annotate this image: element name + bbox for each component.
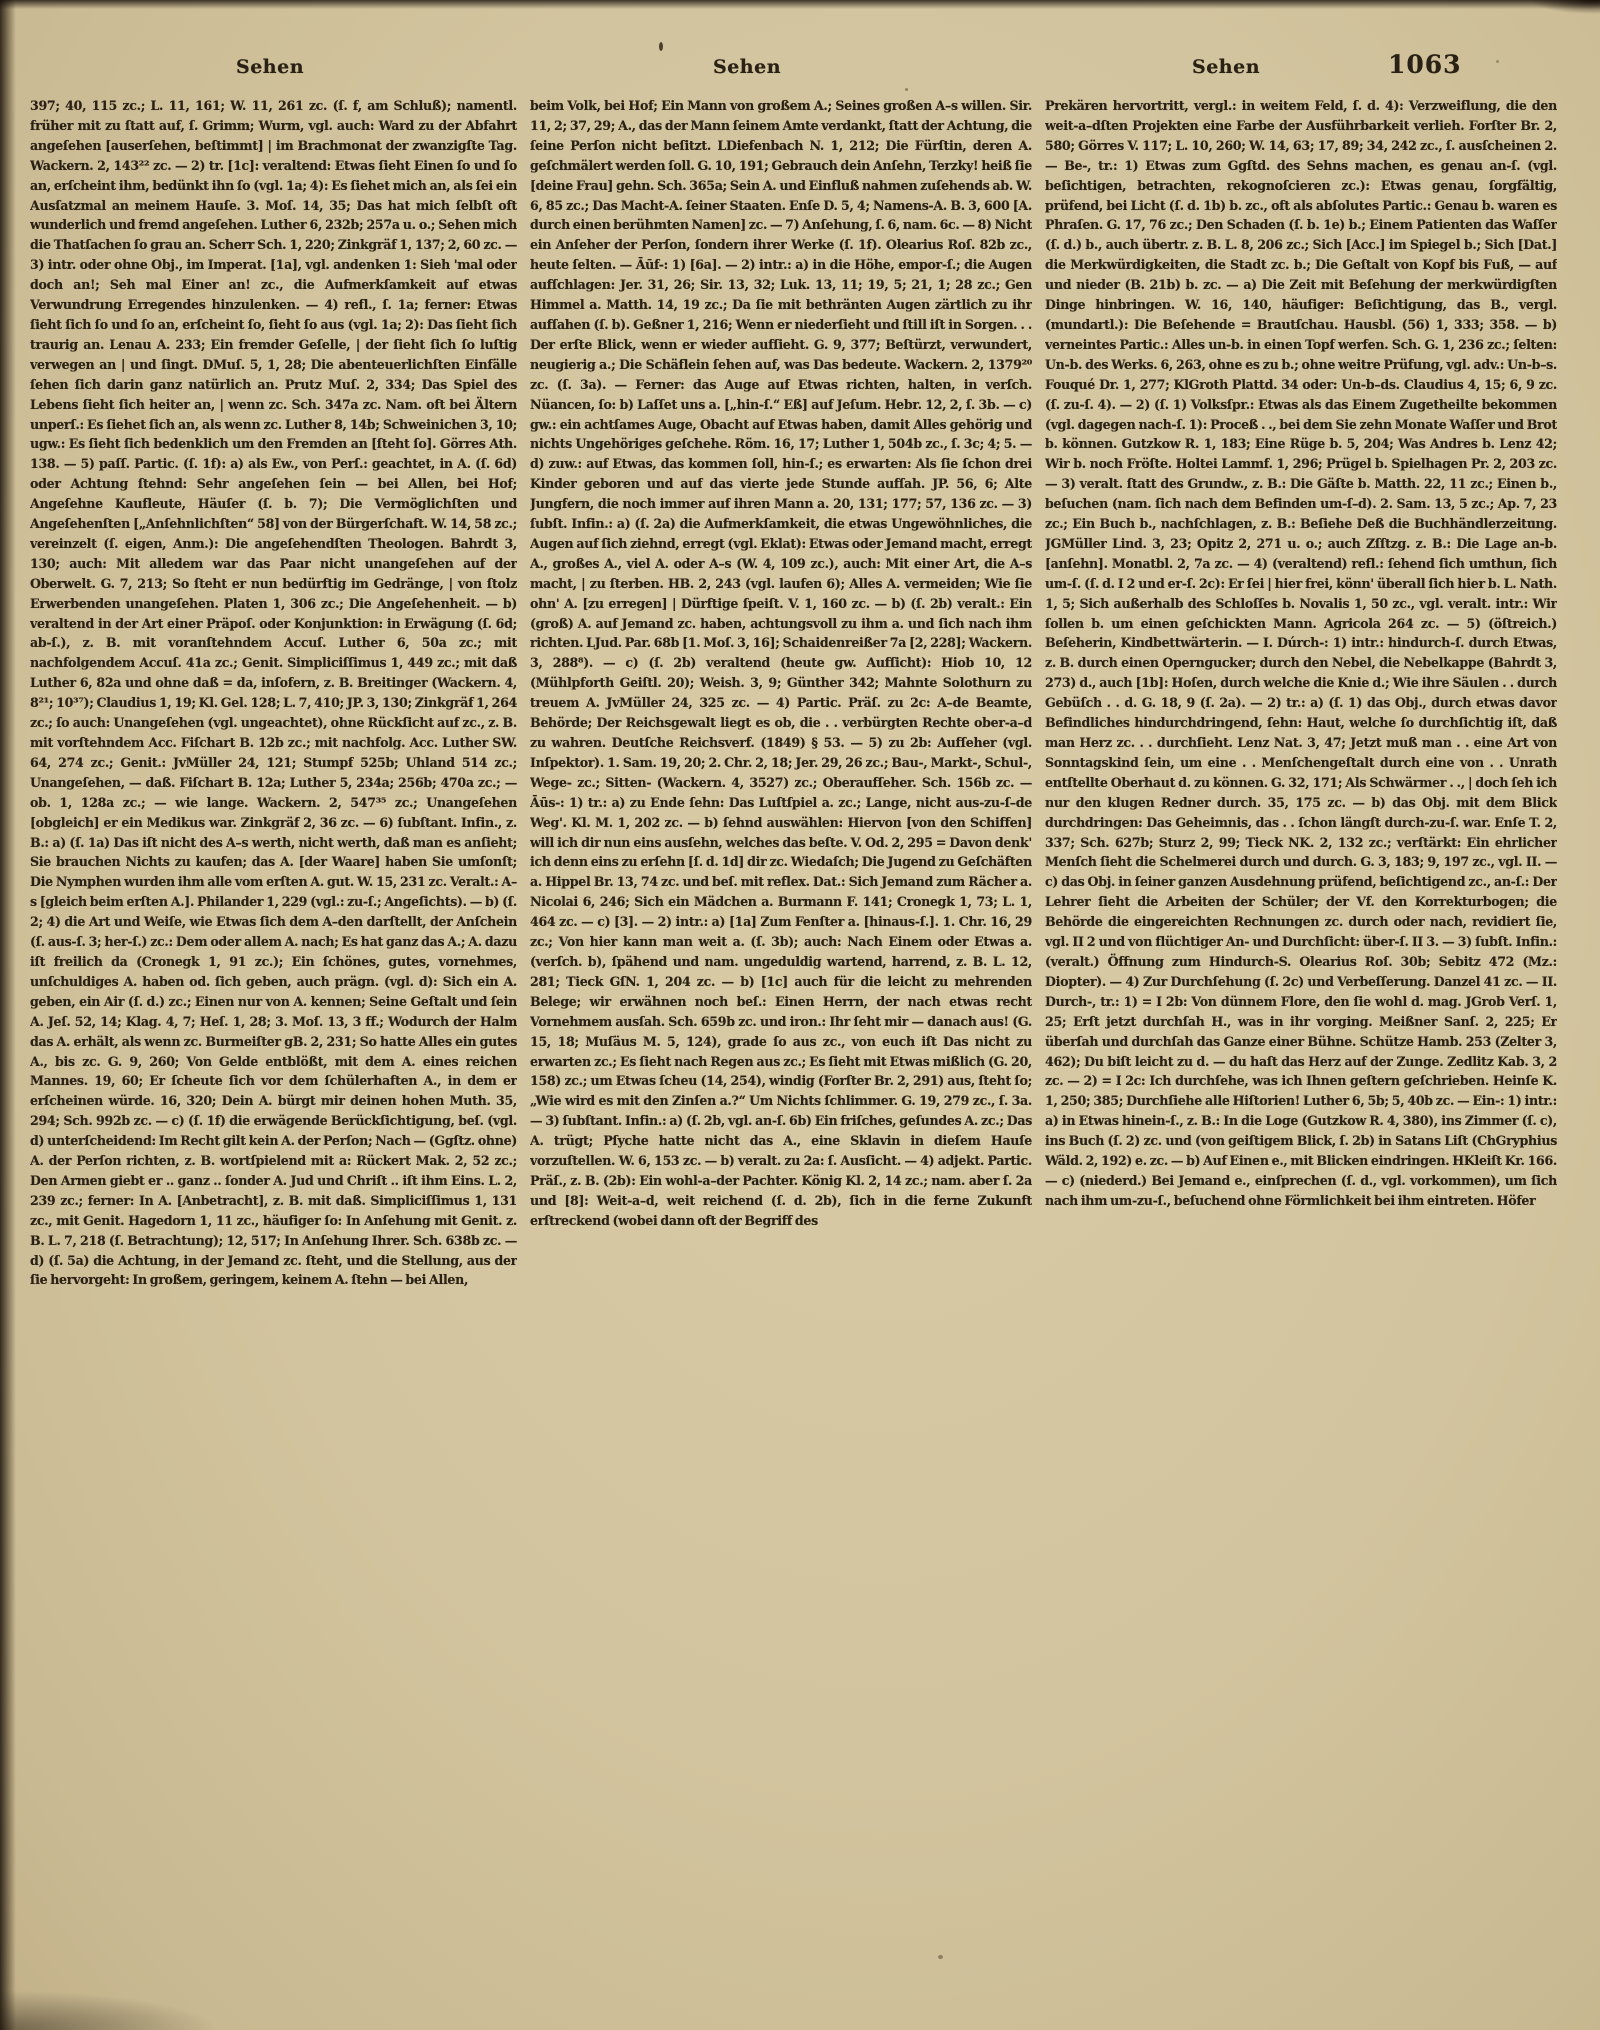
- running-title-column-3: Sehen: [1192, 56, 1260, 78]
- page-number: 1063: [1388, 50, 1462, 79]
- ink-speck: [905, 88, 908, 91]
- dictionary-column-3: Prekären hervortritt, vergl.: in weitem …: [1045, 96, 1557, 1990]
- scan-edge-top: [0, 0, 1600, 9]
- text-columns: 397; 40, 115 zc.; L. 11, 161; W. 11, 261…: [30, 96, 1570, 1996]
- ink-speck: [1496, 60, 1499, 63]
- dictionary-column-1: 397; 40, 115 zc.; L. 11, 161; W. 11, 261…: [30, 96, 517, 1990]
- ink-speck: [659, 42, 663, 51]
- dictionary-column-2: beim Volk, bei Hof; Ein Mann von großem …: [530, 96, 1032, 1990]
- dictionary-page-scan: Sehen Sehen Sehen 1063 397; 40, 115 zc.;…: [0, 0, 1600, 2030]
- running-title-column-2: Sehen: [713, 56, 781, 78]
- book-binding-shadow: [0, 0, 16, 2030]
- scan-edge-bottom: [0, 1990, 220, 2030]
- running-title-column-1: Sehen: [236, 56, 304, 78]
- scan-edge-corner: [1530, 0, 1600, 14]
